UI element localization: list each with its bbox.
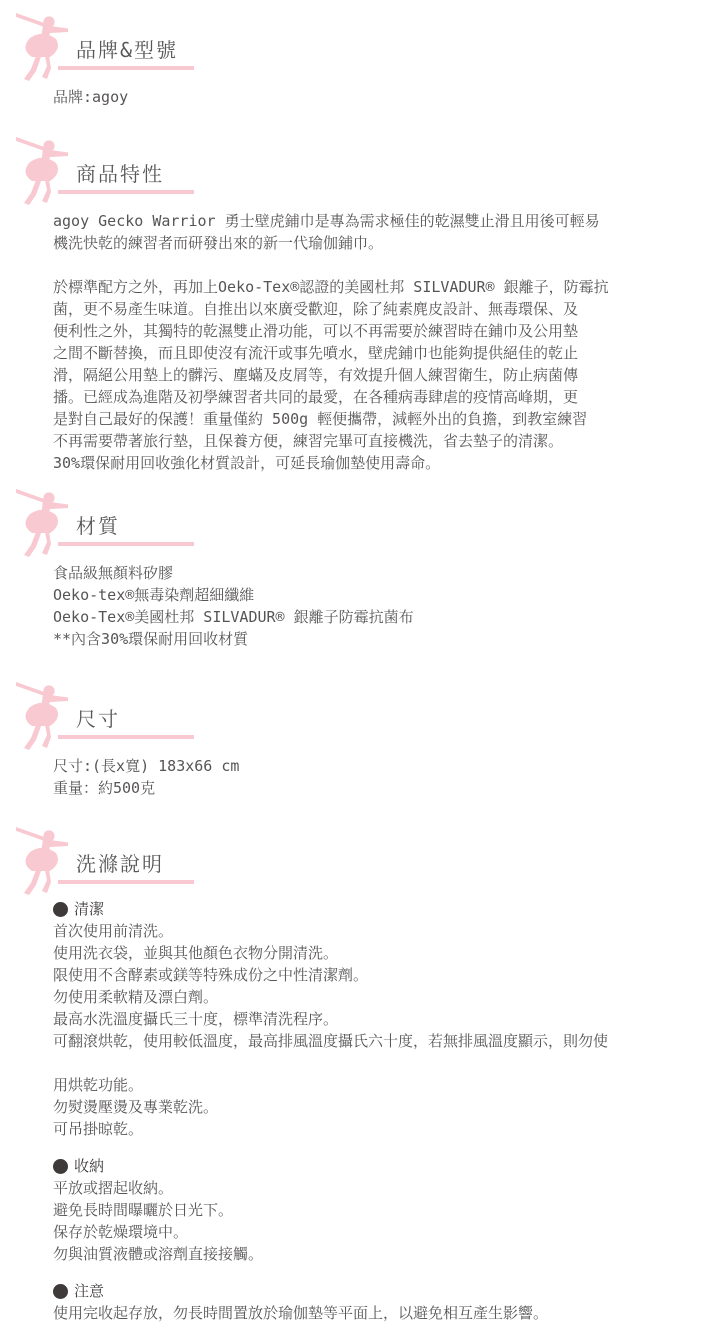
- washing-group-storage-text: 平放或摺起收納。 避免長時間曝曬於日光下。 保存於乾燥環境中。 勿與油質液體或溶…: [0, 1177, 716, 1265]
- washing-group-caution-label: 注意: [74, 1280, 104, 1302]
- section-features: 商品特性 agoy Gecko Warrior 勇士壁虎鋪巾是專為需求極佳的乾濕…: [0, 136, 716, 474]
- product-description-page: 品牌&型號 品牌:agoy 商品特性: [0, 0, 716, 1338]
- washing-group-storage: 收納 平放或摺起收納。 避免長時間曝曬於日光下。 保存於乾燥環境中。 勿與油質液…: [0, 1155, 716, 1265]
- section-features-header: 商品特性: [0, 136, 716, 208]
- section-brand-title: 品牌&型號: [76, 34, 178, 63]
- washing-group-cleaning-header: 清潔: [0, 898, 716, 920]
- section-brand: 品牌&型號 品牌:agoy: [0, 12, 716, 108]
- section-features-title: 商品特性: [76, 158, 164, 187]
- bullet-icon: [53, 1284, 68, 1299]
- section-size: 尺寸 尺寸:(長x寬) 183x66 cm 重量：約500克: [0, 681, 716, 799]
- brand-body-text: 品牌:agoy: [0, 86, 716, 108]
- washing-group-cleaning: 清潔 首次使用前清洗。 使用洗衣袋，並與其他顏色衣物分開清洗。 限使用不含酵素或…: [0, 898, 716, 1140]
- title-underline: [58, 542, 194, 546]
- ballerina-icon: [16, 826, 70, 900]
- washing-group-storage-label: 收納: [74, 1155, 104, 1177]
- bullet-icon: [53, 1159, 68, 1174]
- ballerina-icon: [16, 136, 70, 210]
- section-size-title: 尺寸: [76, 703, 120, 732]
- bullet-icon: [53, 902, 68, 917]
- size-body-text: 尺寸:(長x寬) 183x66 cm 重量：約500克: [0, 755, 716, 799]
- section-brand-header: 品牌&型號: [0, 12, 716, 84]
- ballerina-icon: [16, 12, 70, 86]
- section-washing-header: 洗滌說明: [0, 826, 716, 898]
- washing-group-cleaning-text: 首次使用前清洗。 使用洗衣袋，並與其他顏色衣物分開清洗。 限使用不含酵素或鎂等特…: [0, 920, 716, 1140]
- washing-group-caution-text: 使用完收起存放，勿長時間置放於瑜伽墊等平面上，以避免相互產生影響。: [0, 1302, 716, 1324]
- washing-group-caution: 注意 使用完收起存放，勿長時間置放於瑜伽墊等平面上，以避免相互產生影響。: [0, 1280, 716, 1324]
- ballerina-icon: [16, 681, 70, 755]
- section-material-title: 材質: [76, 510, 120, 539]
- washing-group-caution-header: 注意: [0, 1280, 716, 1302]
- section-size-header: 尺寸: [0, 681, 716, 753]
- section-washing-title: 洗滌說明: [76, 848, 164, 877]
- material-body-text: 食品級無顏料矽膠 Oeko-tex®無毒染劑超細纖維 Oeko-Tex®美國杜邦…: [0, 562, 716, 650]
- title-underline: [58, 735, 194, 739]
- ballerina-icon: [16, 488, 70, 562]
- section-material: 材質 食品級無顏料矽膠 Oeko-tex®無毒染劑超細纖維 Oeko-Tex®美…: [0, 488, 716, 650]
- washing-group-storage-header: 收納: [0, 1155, 716, 1177]
- washing-group-cleaning-label: 清潔: [74, 898, 104, 920]
- title-underline: [58, 66, 194, 70]
- features-body-text: agoy Gecko Warrior 勇士壁虎鋪巾是專為需求極佳的乾濕雙止滑且用…: [0, 210, 716, 474]
- section-washing: 洗滌說明 清潔 首次使用前清洗。 使用洗衣袋，並與其他顏色衣物分開清洗。 限使用…: [0, 826, 716, 1324]
- section-material-header: 材質: [0, 488, 716, 560]
- title-underline: [58, 190, 194, 194]
- title-underline: [58, 880, 194, 884]
